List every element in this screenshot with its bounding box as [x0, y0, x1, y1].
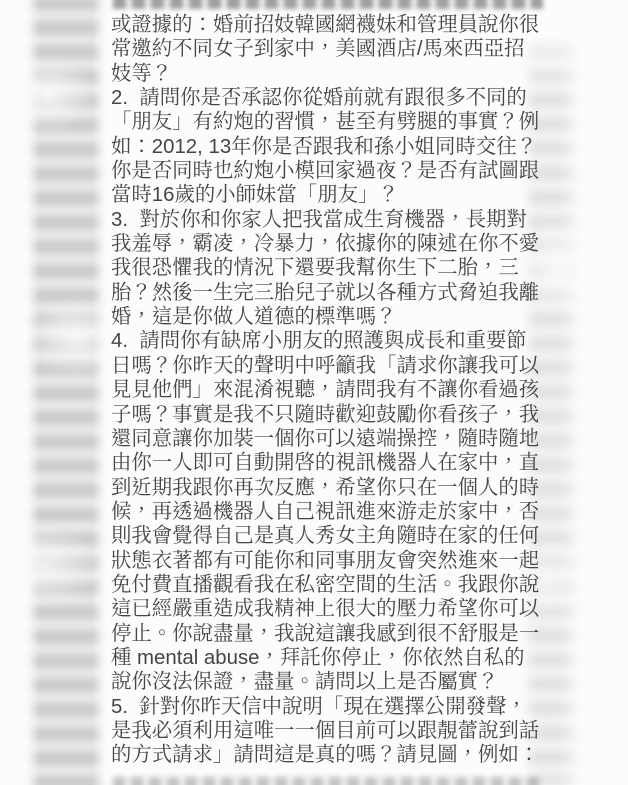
statement-page: 或證據的：婚前招妓韓國網襪妹和管理員說你很常邀約不同女子到家中，美國酒店/馬來西… — [0, 0, 628, 785]
statement-paragraph: 3. 對於你和你家人把我當成生育機器，長期對我羞辱，霸凌，冷暴力，依據你的陳述在… — [111, 208, 544, 330]
cropped-text-line-top — [113, 0, 543, 9]
statement-text: 或證據的：婚前招妓韓國網襪妹和管理員說你很常邀約不同女子到家中，美國酒店/馬來西… — [111, 13, 544, 768]
statement-paragraph: 5. 針對你昨天信中說明「現在選擇公開發聲，是我必須利用這唯一一個目前可以跟靚蕾… — [111, 695, 544, 768]
left-edge-blur-fade — [20, 0, 112, 785]
statement-paragraph: 或證據的：婚前招妓韓國網襪妹和管理員說你很常邀約不同女子到家中，美國酒店/馬來西… — [111, 13, 544, 86]
statement-paragraph: 4. 請問你有缺席小朋友的照護與成長和重要節日嗎？你昨天的聲明中呼籲我「請求你讓… — [111, 329, 544, 694]
cropped-text-line-bottom — [113, 777, 539, 785]
statement-paragraph: 2. 請問你是否承認你從婚前就有跟很多不同的「朋友」有約炮的習慣，甚至有劈腿的事… — [111, 86, 544, 208]
